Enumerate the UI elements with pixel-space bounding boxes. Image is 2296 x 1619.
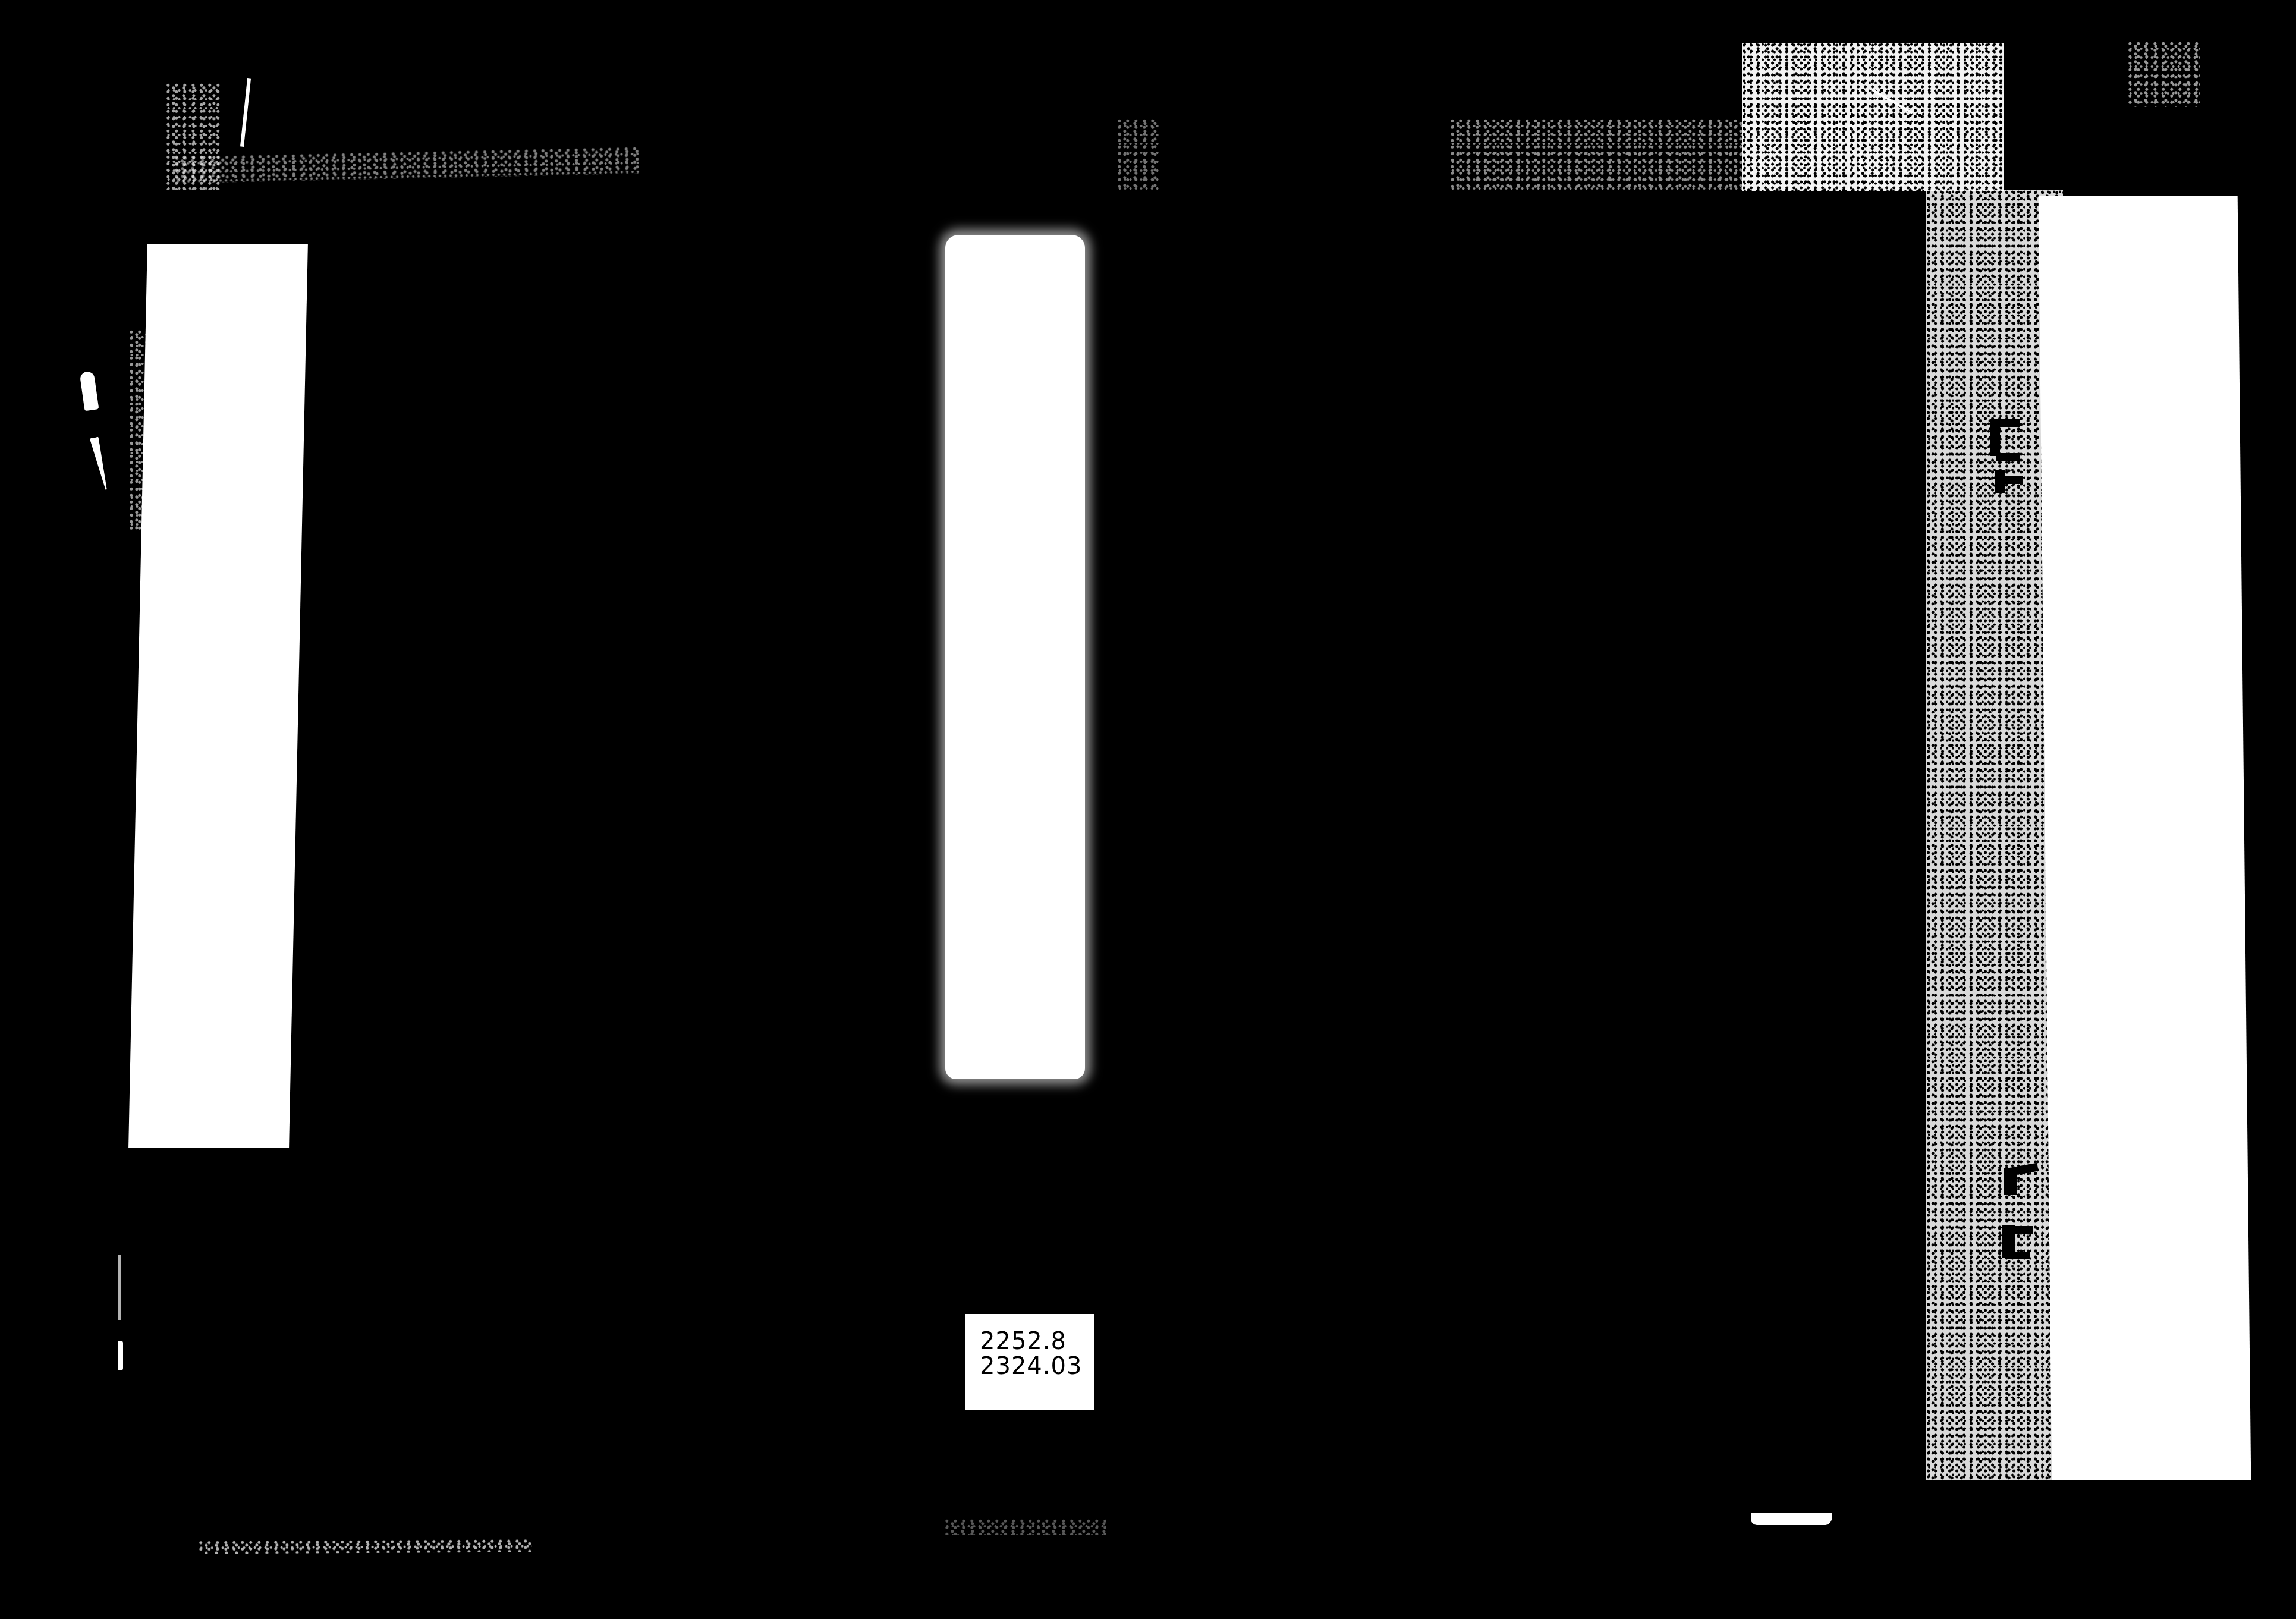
binding-stitch-lower-icon: [2006, 1252, 2030, 1259]
book-bottom-edge-right-corner: [1807, 1513, 1832, 1525]
call-number-label: 2252.8 2324.03: [965, 1314, 1094, 1410]
left-cover-mark-lower: [118, 1341, 123, 1370]
scratch-mark: [240, 78, 251, 147]
paper-scrap-top-right: [1742, 43, 2004, 191]
binding-stitch-upper-icon: [1996, 453, 2020, 461]
binding-stitch-lower-icon: [2006, 1226, 2033, 1234]
call-number-line-2: 2324.03: [980, 1354, 1082, 1379]
binding-stitch-upper-icon: [1998, 476, 2023, 484]
clasp-bottom-icon: [90, 436, 109, 491]
right-book-spine-slip: [2039, 196, 2251, 1480]
book-bottom-edge-center: [945, 1519, 1106, 1535]
left-cover-mark: [118, 1255, 121, 1320]
book-bottom-edge-left: [199, 1539, 532, 1554]
binding-stitch-upper-icon: [1996, 419, 2020, 427]
book-top-edge-center: [1118, 119, 1159, 190]
left-book-title-slip: [128, 244, 308, 1148]
worn-corner-top-right: [2128, 42, 2200, 107]
clasp-top-icon: [80, 371, 99, 411]
center-book-title-slip: [945, 235, 1085, 1079]
book-top-edge-left: [175, 147, 640, 183]
call-number-line-1: 2252.8: [980, 1329, 1067, 1354]
